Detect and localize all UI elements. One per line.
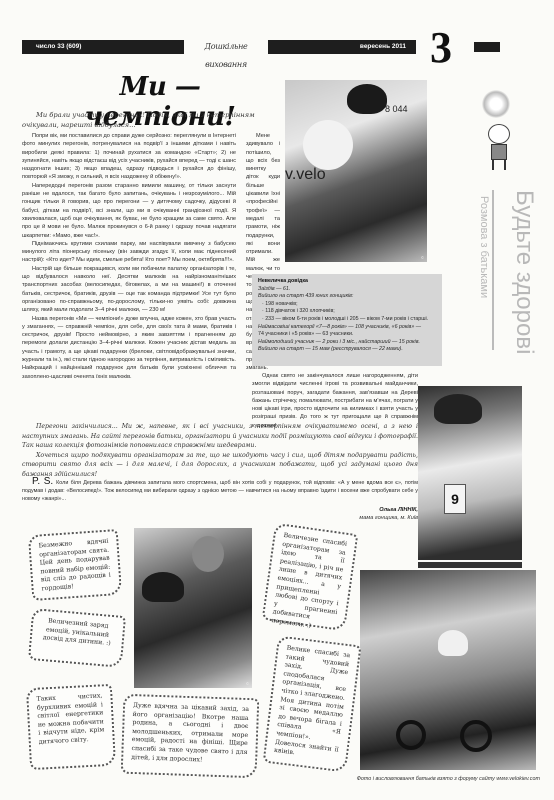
section-divider [492,190,494,350]
fact-line: · 233 — віком 6-ти років і молодші і 205… [258,316,438,324]
balloon-shape [303,120,353,170]
parent-quote-bubble: Дуже вдячна за цікавий захід, за його ор… [121,694,260,779]
parent-quote-bubble: Величезне спасибі організаторам за ідею … [262,523,359,632]
photo-copyright-mark: © [421,255,424,260]
paragraph: Попри вік, ми поставилися до справи дуже… [22,132,236,182]
photo-strip [418,562,522,568]
parent-quote-bubble: Безмежно вдячні організаторам свята. Цей… [28,529,122,601]
photo-boy-with-balloon: 8 044 v.velo © [285,80,427,262]
fact-box-title: Невеличка довідка [258,278,438,286]
paragraph: Піднімаючись крутими схилами парку, ми н… [22,240,236,265]
paragraph: Назва перегонів «Ми — чемпіони!» дуже вл… [22,315,236,381]
helmet-shape [438,630,468,656]
photo-boy-on-toy-car: 9 [418,386,522,560]
paragraph: Напередодні перегонів разом старанно вим… [22,182,236,240]
author-role: мама гонщика, м. Київ [290,514,418,522]
banner-url-text: v.velo [285,166,326,184]
race-bib-number: 9 [444,484,466,514]
author-signature: Ольга ЛІННІК, мама гонщика, м. Київ [290,506,418,522]
wheel-shape [396,720,426,750]
article-closing: Перегони закінчилися... Ми ж, напевне, я… [22,422,418,480]
cartoon-boy-icon [484,124,514,170]
photo-copyright-mark: © [246,681,249,686]
article-column-1: Попри вік, ми поставилися до справи дуже… [22,132,236,381]
fact-line: Наймасовіші категорії «7—8 років» — 108 … [258,324,438,332]
wheel-shape [460,720,492,752]
helmet-shape [142,572,184,602]
issue-number: число 33 (609) [36,43,81,50]
article-lead: Ми брали участь у перегонах! Подія, якої… [22,110,272,130]
fact-line: 74 учасники і «5 років» — 63 учасники. [258,331,438,339]
fact-line: Вийшло на старт 439 юних гонщиків: [258,293,438,301]
banner-phone-text: 8 044 [385,104,408,114]
face-shape [192,536,224,572]
fact-line: · 198 новачків; [258,301,438,309]
fact-line: · 118 дівчаток і 320 хлопчиків; [258,308,438,316]
section-title: Будьте здорові [512,190,536,354]
paragraph: Перегони закінчилися... Ми ж, напевне, я… [22,422,418,451]
date-bar: вересень 2011 [268,40,416,54]
author-name: Ольга ЛІННІК, [290,506,418,514]
ps-text: Коли біля Дерева бажань дівчинка запитал… [22,480,418,502]
helmet-shape [347,84,387,114]
sun-icon [482,90,510,118]
section-subtitle: Розмова з батьками [478,196,490,298]
parent-quote-bubble: Велике спасибі за такий чудовий захід. Д… [263,635,362,772]
issue-number-bar: число 33 (609) [22,40,184,54]
issue-date: вересень 2011 [360,43,406,50]
postscript: P. S.Коли біля Дерева бажань дівчинка за… [22,478,418,503]
paragraph: Хочеться щиро подякувати організаторам з… [22,451,418,480]
ps-label: P. S. [32,476,53,487]
parent-quote-bubble: Величезний заряд емоцій, унікальний досв… [28,608,126,668]
parent-quote-bubble: Таких чистих, бурхливих емоцій і світлої… [26,684,116,770]
page-number-dash [474,42,500,52]
fact-box: Невеличка довідка Заїздів — 61. Вийшло н… [252,274,442,366]
fact-line: Вийшло на старт — 15 мам (реєструвалося … [258,346,438,354]
masthead-logo: Дошкільне виховання [186,38,266,56]
photo-credit: Фото і висловлювання батьків взято з фор… [300,776,540,782]
photo-father-and-son: © [134,528,252,688]
photo-kids-on-bikes [360,570,536,770]
paragraph: Настрій ще більше покращився, коли ми по… [22,265,236,315]
helmet-shape [434,394,482,424]
page-number: 3 [430,26,452,70]
